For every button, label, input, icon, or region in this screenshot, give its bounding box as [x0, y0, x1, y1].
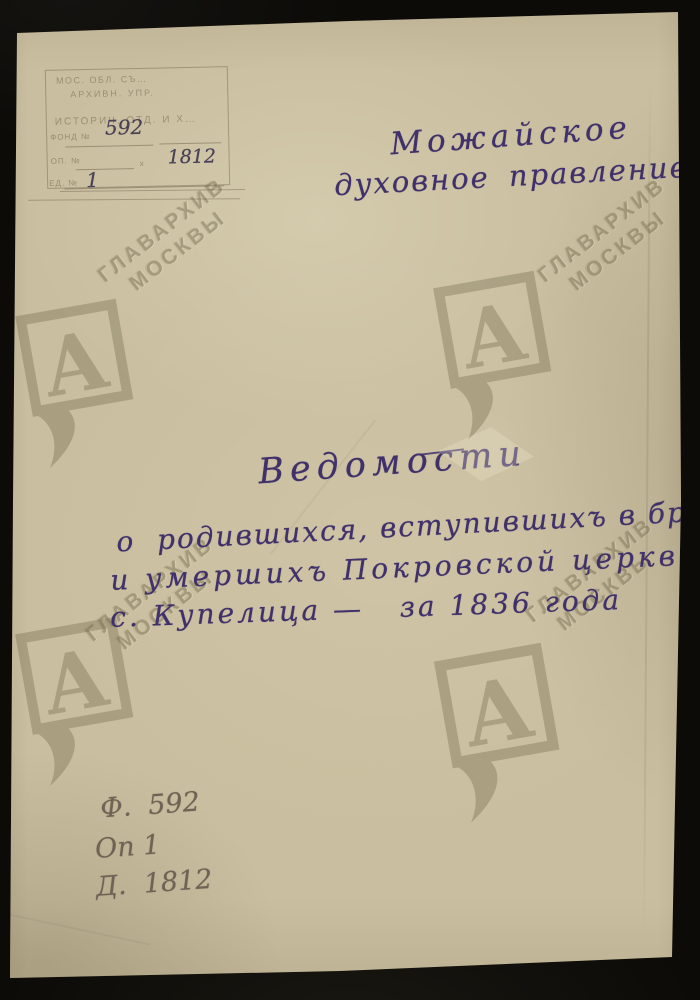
watermark-line2: МОСКВЫ — [565, 206, 671, 296]
archive-logo-icon: А — [430, 270, 555, 445]
archive-logo-icon: А — [428, 642, 566, 828]
logo-letter: А — [455, 657, 541, 768]
stamp-rule — [65, 145, 153, 148]
footer-row-value: 1812 — [143, 864, 214, 900]
stamp-ed-label: ЕД. № — [49, 178, 78, 188]
logo-letter: А — [453, 284, 533, 388]
archive-stamp: МОС. ОБЛ. СЪ… АРХИВН. УПР. ИСТОРИЧ. ОТД.… — [45, 66, 230, 189]
footer-row-label: Ф. — [99, 790, 149, 824]
footer-row-label: Оп — [94, 831, 144, 865]
stamp-opis-label: ОП. № — [51, 156, 81, 166]
header-line2: духовное правление — [333, 150, 689, 203]
stamp-rule — [159, 142, 221, 144]
footer-row-value: 592 — [147, 787, 201, 822]
stamp-delo-value: 1812 — [167, 145, 216, 168]
logo-letter: А — [35, 630, 115, 734]
footer-row-delo: Д. 1812 — [95, 864, 214, 903]
stamp-rule — [28, 198, 240, 200]
stamp-fond-label: ФОНД № — [50, 132, 90, 142]
stamp-x-mark: х — [140, 159, 144, 168]
footer-archive-code: Ф. 592 Оп 1 Д. 1812 — [85, 782, 274, 934]
footer-row-fond: Ф. 592 — [99, 787, 200, 825]
archive-logo-icon: А — [12, 298, 137, 473]
logo-letter: А — [35, 312, 115, 416]
stamp-rule — [76, 168, 134, 170]
stamp-fond-value: 592 — [105, 115, 144, 140]
archive-logo-icon: А — [12, 616, 137, 791]
scan-background: { "document": { "header": { "line1": "Мо… — [0, 0, 700, 1000]
stamp-header-line2: АРХИВН. УПР. — [70, 88, 155, 100]
footer-row-label: Д. — [95, 869, 145, 903]
document-page: ГЛАВАРХИВ МОСКВЫ ГЛАВАРХИВ МОСКВЫ ГЛАВАР… — [0, 0, 700, 1000]
watermark-line2: МОСКВЫ — [125, 206, 231, 296]
stamp-header-line1: МОС. ОБЛ. СЪ… — [56, 74, 148, 86]
footer-row-value: 1 — [142, 829, 161, 861]
footer-row-opis: Оп 1 — [94, 829, 161, 864]
